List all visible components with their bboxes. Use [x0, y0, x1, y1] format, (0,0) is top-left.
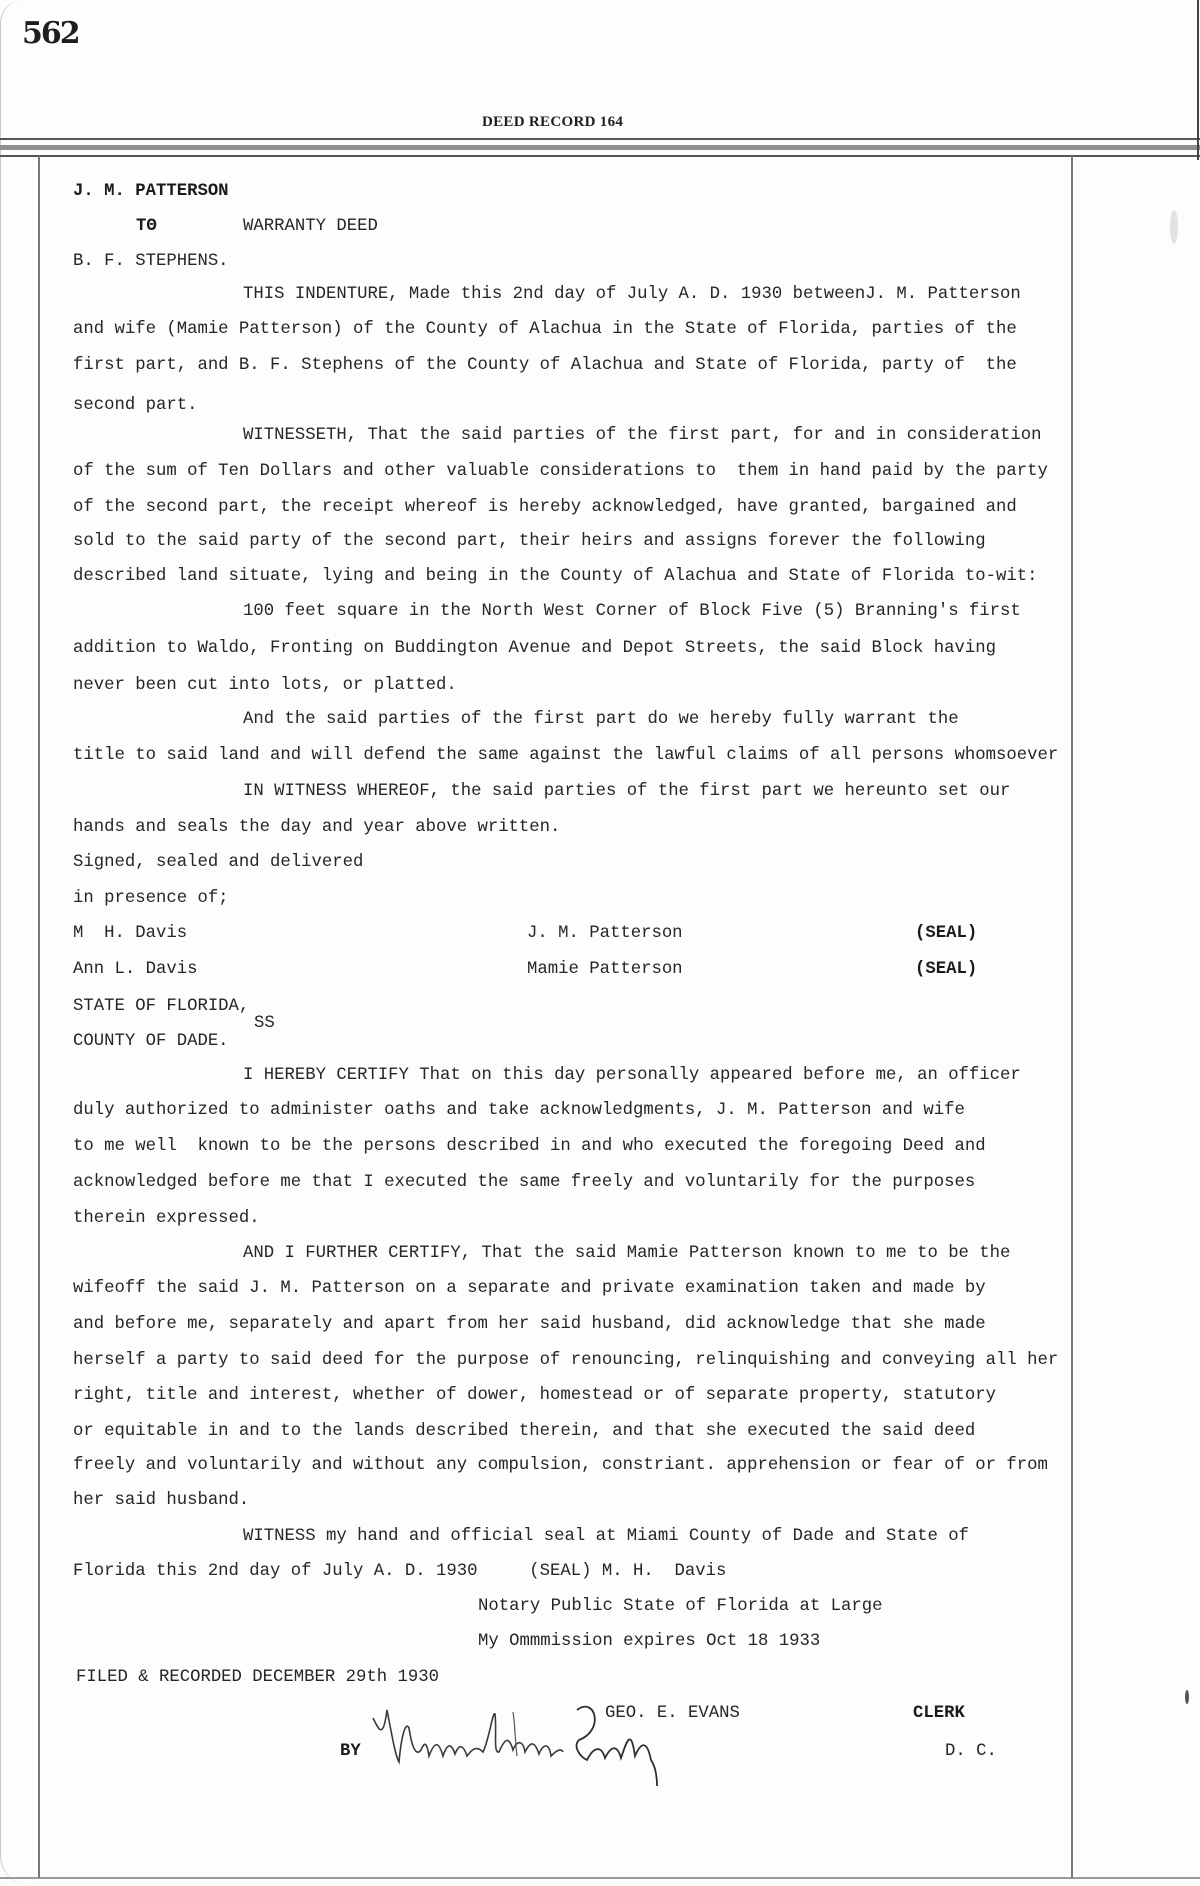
- page-number: 562: [22, 16, 79, 51]
- text-line: sold to the said party of the second par…: [73, 532, 986, 552]
- text-line: in presence of;: [73, 889, 229, 909]
- book-title: DEED RECORD 164: [482, 114, 623, 131]
- text-line: right, title and interest, whether of do…: [73, 1386, 996, 1406]
- deputy-clerk-signature: [365, 1700, 705, 1790]
- text-line: to me well known to be the persons descr…: [73, 1137, 986, 1157]
- scan-mark: [1185, 1690, 1189, 1704]
- signer-name: J. M. Patterson: [527, 924, 683, 944]
- text-line: IN WITNESS WHEREOF, the said parties of …: [243, 782, 1010, 802]
- text-line: and wife (Mamie Patterson) of the County…: [73, 320, 1017, 340]
- caption-to: TΘ: [136, 217, 157, 237]
- page-edge-curve: [0, 0, 31, 1886]
- text-line: her said husband.: [73, 1491, 249, 1511]
- text-line: AND I FURTHER CERTIFY, That the said Mam…: [243, 1244, 1010, 1264]
- seal-mark: (SEAL): [915, 960, 977, 980]
- text-line: Signed, sealed and delivered: [73, 853, 363, 873]
- header-rule-top: [0, 138, 1200, 140]
- page-edge-line: [1197, 0, 1199, 160]
- text-line: WITNESSETH, That the said parties of the…: [243, 426, 1042, 446]
- caption-grantee: B. F. STEPHENS.: [73, 252, 229, 272]
- text-line: Notary Public State of Florida at Large: [478, 1597, 882, 1617]
- witness-name: Ann L. Davis: [73, 960, 197, 980]
- text-line: My Ommmission expires Oct 18 1933: [478, 1632, 820, 1652]
- text-line: Florida this 2nd day of July A. D. 1930 …: [73, 1562, 726, 1582]
- header-rule-bottom: [0, 155, 1200, 157]
- text-line: second part.: [73, 396, 197, 416]
- header-rule-thick: [0, 145, 1200, 150]
- text-line: or equitable in and to the lands describ…: [73, 1422, 975, 1442]
- filed-recorded-line: FILED & RECORDED DECEMBER 29th 1930: [76, 1668, 439, 1688]
- text-line: duly authorized to administer oaths and …: [73, 1101, 965, 1121]
- left-margin-line: [38, 156, 40, 1878]
- text-line: herself a party to said deed for the pur…: [73, 1351, 1058, 1371]
- text-line: THIS INDENTURE, Made this 2nd day of Jul…: [243, 285, 1021, 305]
- text-line: acknowledged before me that I executed t…: [73, 1173, 975, 1193]
- deputy-clerk-title: D. C.: [945, 1742, 997, 1762]
- caption-grantor: J. M. PATTERSON: [73, 182, 229, 202]
- text-line: described land situate, lying and being …: [73, 567, 1037, 587]
- venue-ss: SS: [254, 1014, 275, 1034]
- witness-name: M H. Davis: [73, 924, 187, 944]
- venue-state: STATE OF FLORIDA,: [73, 997, 249, 1017]
- text-line: freely and voluntarily and without any c…: [73, 1456, 1048, 1476]
- right-margin-line: [1071, 156, 1073, 1878]
- seal-mark: (SEAL): [915, 924, 977, 944]
- clerk-title: CLERK: [913, 1704, 965, 1724]
- text-line: And the said parties of the first part d…: [243, 710, 959, 730]
- text-line: title to said land and will defend the s…: [73, 746, 1058, 766]
- text-line: I HEREBY CERTIFY That on this day person…: [243, 1066, 1021, 1086]
- text-line: never been cut into lots, or platted.: [73, 676, 457, 696]
- text-line: 100 feet square in the North West Corner…: [243, 602, 1021, 622]
- text-line: and before me, separately and apart from…: [73, 1315, 986, 1335]
- signer-name: Mamie Patterson: [527, 960, 683, 980]
- text-line: WITNESS my hand and official seal at Mia…: [243, 1527, 969, 1547]
- page-bottom-rule: [0, 1877, 1200, 1879]
- by-label: BY: [340, 1742, 361, 1762]
- text-line: addition to Waldo, Fronting on Buddingto…: [73, 639, 996, 659]
- text-line: of the sum of Ten Dollars and other valu…: [73, 462, 1048, 482]
- scan-smudge: [1170, 210, 1178, 244]
- text-line: wifeoff the said J. M. Patterson on a se…: [73, 1279, 986, 1299]
- text-line: therein expressed.: [73, 1209, 260, 1229]
- text-line: of the second part, the receipt whereof …: [73, 498, 1017, 518]
- deed-record-page: 562 DEED RECORD 164 J. M. PATTERSON TΘ W…: [0, 0, 1200, 1886]
- caption-instrument: WARRANTY DEED: [243, 217, 378, 237]
- text-line: first part, and B. F. Stephens of the Co…: [73, 356, 1017, 376]
- text-line: hands and seals the day and year above w…: [73, 818, 560, 838]
- venue-county: COUNTY OF DADE.: [73, 1032, 229, 1052]
